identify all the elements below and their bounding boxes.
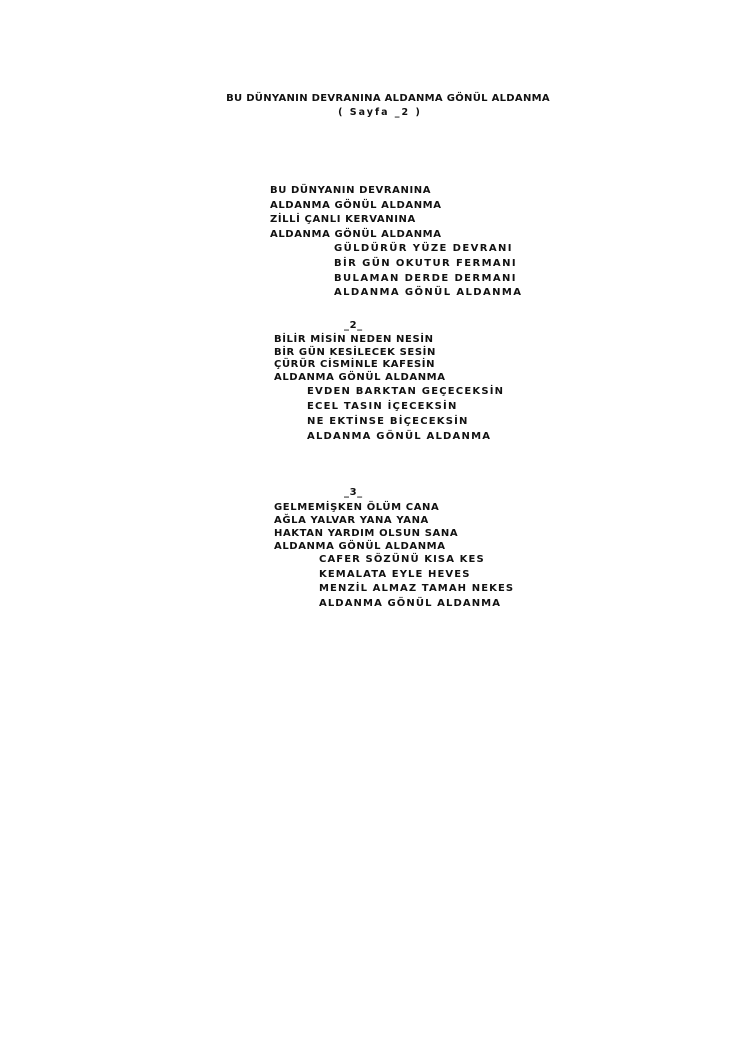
- page-title: BU DÜNYANIN DEVRANINA ALDANMA GÖNÜL ALDA…: [0, 93, 750, 104]
- verse-line-indented: MENZİL ALMAZ TAMAH NEKES: [274, 582, 514, 597]
- verse-line-indented: ALDANMA GÖNÜL ALDANMA: [270, 286, 522, 301]
- verse-line: ALDANMA GÖNÜL ALDANMA: [270, 199, 522, 214]
- page-number-label: ( Sayfa _2 ): [0, 107, 750, 118]
- verse-line-indented: BİR GÜN OKUTUR FERMANI: [270, 257, 522, 272]
- stanza-number-marker: _3_: [274, 485, 514, 501]
- verse-line: GELMEMİŞKEN ÖLÜM CANA: [274, 501, 514, 514]
- stanza-2: _2_ BİLİR MİSİN NEDEN NESİN BİR GÜN KESİ…: [274, 318, 504, 444]
- verse-line-indented: BULAMAN DERDE DERMANI: [270, 272, 522, 287]
- stanza-3: _3_ GELMEMİŞKEN ÖLÜM CANA AĞLA YALVAR YA…: [274, 485, 514, 611]
- verse-line-indented: KEMALATA EYLE HEVES: [274, 568, 514, 583]
- verse-line-indented: ECEL TASIN İÇECEKSİN: [274, 399, 504, 414]
- verse-line: ALDANMA GÖNÜL ALDANMA: [274, 372, 504, 385]
- verse-line: BİLİR MİSİN NEDEN NESİN: [274, 334, 504, 347]
- verse-line: BİR GÜN KESİLECEK SESİN: [274, 347, 504, 360]
- verse-line: HAKTAN YARDIM OLSUN SANA: [274, 527, 514, 540]
- verse-line: ALDANMA GÖNÜL ALDANMA: [274, 540, 514, 553]
- stanza-1: BU DÜNYANIN DEVRANINA ALDANMA GÖNÜL ALDA…: [270, 184, 522, 301]
- stanza-number-marker: _2_: [274, 318, 504, 334]
- verse-line-indented: NE EKTİNSE BİÇECEKSİN: [274, 414, 504, 429]
- verse-line: ÇÜRÜR CİSMİNLE KAFESİN: [274, 359, 504, 372]
- verse-line: ZİLLİ ÇANLI KERVANINA: [270, 213, 522, 228]
- verse-line-indented: ALDANMA GÖNÜL ALDANMA: [274, 429, 504, 444]
- verse-line: BU DÜNYANIN DEVRANINA: [270, 184, 522, 199]
- verse-line-indented: CAFER SÖZÜNÜ KISA KES: [274, 553, 514, 568]
- document-page: BU DÜNYANIN DEVRANINA ALDANMA GÖNÜL ALDA…: [0, 0, 750, 1040]
- verse-line: AĞLA YALVAR YANA YANA: [274, 514, 514, 527]
- verse-line-indented: ALDANMA GÖNÜL ALDANMA: [274, 597, 514, 612]
- verse-line-indented: GÜLDÜRÜR YÜZE DEVRANI: [270, 242, 522, 257]
- verse-line-indented: EVDEN BARKTAN GEÇECEKSİN: [274, 384, 504, 399]
- verse-line: ALDANMA GÖNÜL ALDANMA: [270, 228, 522, 243]
